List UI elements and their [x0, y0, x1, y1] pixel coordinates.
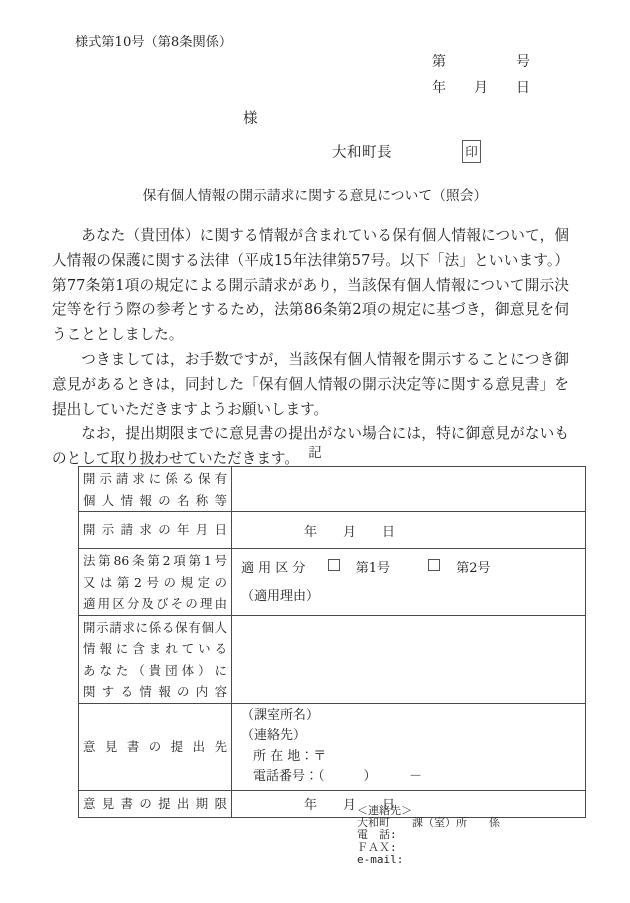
document-number: 第 号 [432, 49, 530, 75]
seal-mark-icon: 印 [462, 140, 481, 163]
checkbox-no2-icon [428, 559, 440, 571]
row-value-request-date: 年 月 日 [232, 512, 586, 549]
apply-category-label: 適 用 区 分 [241, 561, 305, 576]
contact-footer: ＜連絡先＞ 大和町 課（室）所 係 電 話: ＦＡＸ: e-mail: [357, 805, 500, 866]
submit-to-office-name: （課室所名） [241, 706, 576, 727]
document-number-date-block: 第 号 年 月 日 [432, 49, 530, 101]
row-label-submit-deadline: 意見書の提出期限 [79, 790, 232, 817]
checkbox-no1-label: 第1号 [356, 561, 390, 576]
table-row: 開示請求に係る保有 個人情報の名称等 [79, 467, 586, 512]
row-value-submit-to: （課室所名） （連絡先） 所 在 地：〒 電話番号：（ ） － [232, 703, 586, 790]
apply-category-line: 適 用 区 分 第1号 第2号 [241, 557, 576, 576]
table-row: 法第86条第2項第1号 又は第2号の規定の 適用区分及びその理由 適 用 区 分… [79, 549, 586, 616]
checkbox-no1-icon [328, 559, 340, 571]
row-value-apply-category: 適 用 区 分 第1号 第2号 （適用理由） [232, 549, 586, 616]
document-title: 保有個人情報の開示請求に関する意見について（照会） [0, 184, 630, 204]
footer-tel: 電 話: [357, 829, 500, 841]
table-row: 開示請求に係る保有個人 情報に含まれている あなた（貴団体）に 関する情報の内容 [79, 615, 586, 703]
paragraph-1: あなた（貴団体）に関する情報が含まれている保有個人情報について，個人情報の保護に… [52, 224, 569, 348]
paragraph-2: つきましては，お手数ですが，当該保有個人情報を開示することにつき御意見があるとき… [52, 348, 569, 422]
submit-to-phone: 電話番号：（ ） － [253, 767, 576, 788]
addressee-suffix: 様 [243, 107, 258, 128]
table-row: 意見書の提出期限 年 月 日 [79, 790, 586, 817]
form-number: 様式第10号（第8条関係） [75, 31, 232, 50]
submit-to-contact: （連絡先） [241, 726, 576, 747]
row-value-your-info-content [232, 615, 586, 703]
footer-email: e-mail: [357, 854, 500, 866]
request-date-placeholder: 年 月 日 [241, 521, 576, 540]
row-label-apply-category: 法第86条第2項第1号 又は第2号の規定の 適用区分及びその理由 [79, 549, 232, 616]
section-marker: 記 [0, 441, 630, 461]
request-info-table: 開示請求に係る保有 個人情報の名称等 開示請求の年月日 年 月 日 法第86条第… [78, 466, 586, 818]
document-page: 様式第10号（第8条関係） 第 号 年 月 日 様 大和町長 印 保有個人情報の… [0, 0, 630, 903]
footer-fax: ＦＡＸ: [357, 842, 500, 854]
checkbox-no2-label: 第2号 [456, 561, 490, 576]
row-label-request-date: 開示請求の年月日 [79, 512, 232, 549]
document-date: 年 月 日 [432, 75, 530, 101]
body-paragraphs: あなた（貴団体）に関する情報が含まれている保有個人情報について，個人情報の保護に… [52, 224, 569, 472]
apply-reason-label: （適用理由） [241, 585, 576, 604]
row-label-held-info-name: 開示請求に係る保有 個人情報の名称等 [79, 467, 232, 512]
table-row: 意見書の提出先 （課室所名） （連絡先） 所 在 地：〒 電話番号：（ ） － [79, 703, 586, 790]
row-label-your-info-content: 開示請求に係る保有個人 情報に含まれている あなた（貴団体）に 関する情報の内容 [79, 615, 232, 703]
row-label-submit-to: 意見書の提出先 [79, 703, 232, 790]
row-value-held-info-name [232, 467, 586, 512]
submit-to-address: 所 在 地：〒 [253, 747, 576, 768]
sender-name: 大和町長 [332, 141, 392, 162]
table-row: 開示請求の年月日 年 月 日 [79, 512, 586, 549]
